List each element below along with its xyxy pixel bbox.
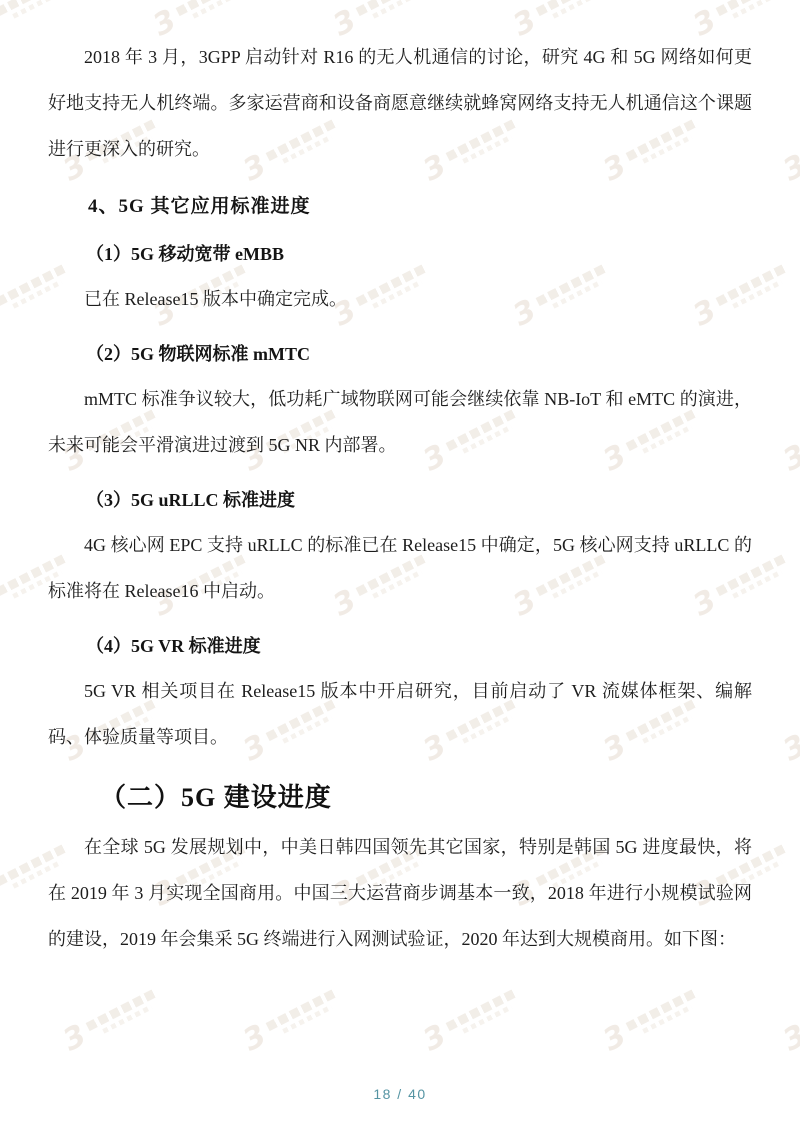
watermark-text-blur [445, 989, 521, 1040]
watermark-text-blur [85, 989, 161, 1040]
page-number: 18 / 40 [373, 1086, 426, 1102]
watermark-text-blur [265, 989, 341, 1040]
watermark-logo: 3 [779, 983, 800, 1056]
paragraph-embb-status: 已在 Release15 版本中确定完成。 [48, 276, 752, 322]
section-heading-5g-construction: （二）5G 建设进度 [100, 780, 752, 816]
page-footer: 18 / 40 [0, 1086, 800, 1102]
paragraph-vr-status: 5G VR 相关项目在 Release15 版本中开启研究，目前启动了 VR 流… [48, 668, 752, 760]
watermark-swoosh-icon: 3 [599, 1021, 631, 1057]
subheading-urllc: （3）5G uRLLC 标准进度 [86, 486, 752, 514]
subheading-embb: （1）5G 移动宽带 eMBB [86, 240, 752, 268]
watermark-swoosh-icon: 3 [779, 1021, 800, 1057]
paragraph-drone-discussion: 2018 年 3 月，3GPP 启动针对 R16 的无人机通信的讨论，研究 4G… [48, 34, 752, 172]
document-page: 3333333333333333333333333333333333333333… [0, 0, 800, 1132]
watermark-swoosh-icon: 3 [419, 1021, 451, 1057]
watermark-logo: 3 [59, 983, 164, 1056]
paragraph-5g-construction: 在全球 5G 发展规划中，中美日韩四国领先其它国家，特别是韩国 5G 进度最快，… [48, 824, 752, 962]
heading-5g-other-apps: 4、5G 其它应用标准进度 [88, 192, 752, 222]
page-content: 2018 年 3 月，3GPP 启动针对 R16 的无人机通信的讨论，研究 4G… [0, 0, 800, 962]
watermark-swoosh-icon: 3 [59, 1021, 91, 1057]
subheading-mmtc: （2）5G 物联网标准 mMTC [86, 340, 752, 368]
subheading-vr: （4）5G VR 标准进度 [86, 632, 752, 660]
paragraph-urllc-status: 4G 核心网 EPC 支持 uRLLC 的标准已在 Release15 中确定，… [48, 522, 752, 614]
watermark-text-blur [625, 989, 701, 1040]
watermark-logo: 3 [599, 983, 704, 1056]
watermark-logo: 3 [419, 983, 524, 1056]
watermark-swoosh-icon: 3 [239, 1021, 271, 1057]
paragraph-mmtc-status: mMTC 标准争议较大，低功耗广域物联网可能会继续依靠 NB-IoT 和 eMT… [48, 376, 752, 468]
watermark-logo: 3 [239, 983, 344, 1056]
